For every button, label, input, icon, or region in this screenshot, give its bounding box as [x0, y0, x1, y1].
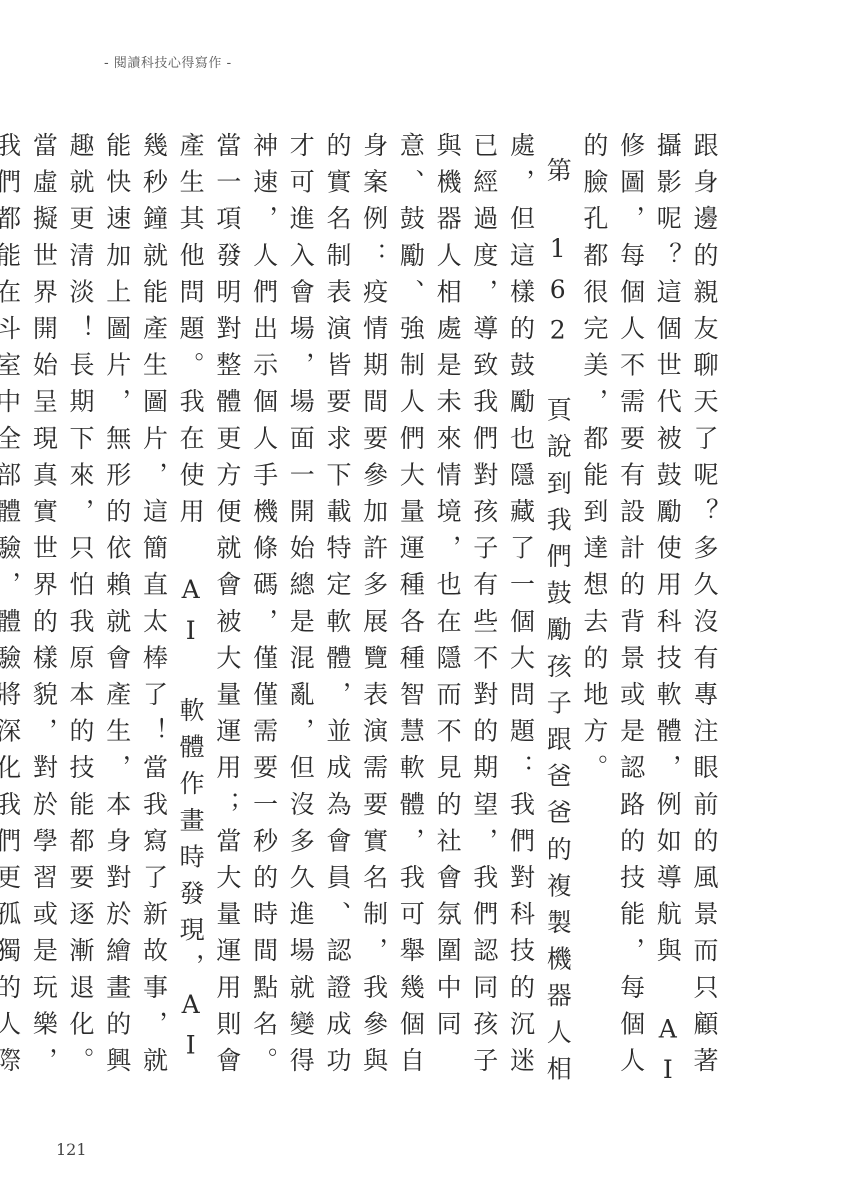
vertical-body-text: 跟身邊的親友聊天了呢？多久沒有專注眼前的風景而只顧著攝影呢？這個世代被鼓勵使用科…	[102, 132, 722, 1112]
page-number: 121	[56, 1140, 87, 1159]
running-title: - 閱讀科技心得寫作 -	[104, 52, 232, 71]
paragraph-1: 跟身邊的親友聊天了呢？多久沒有專注眼前的風景而只顧著攝影呢？這個世代被鼓勵使用科…	[575, 132, 722, 1112]
paragraph-2: 第 162 頁說到我們鼓勵孩子跟爸爸的複製機器人相處，但這樣的鼓勵也隱藏了一個大…	[0, 132, 575, 1112]
